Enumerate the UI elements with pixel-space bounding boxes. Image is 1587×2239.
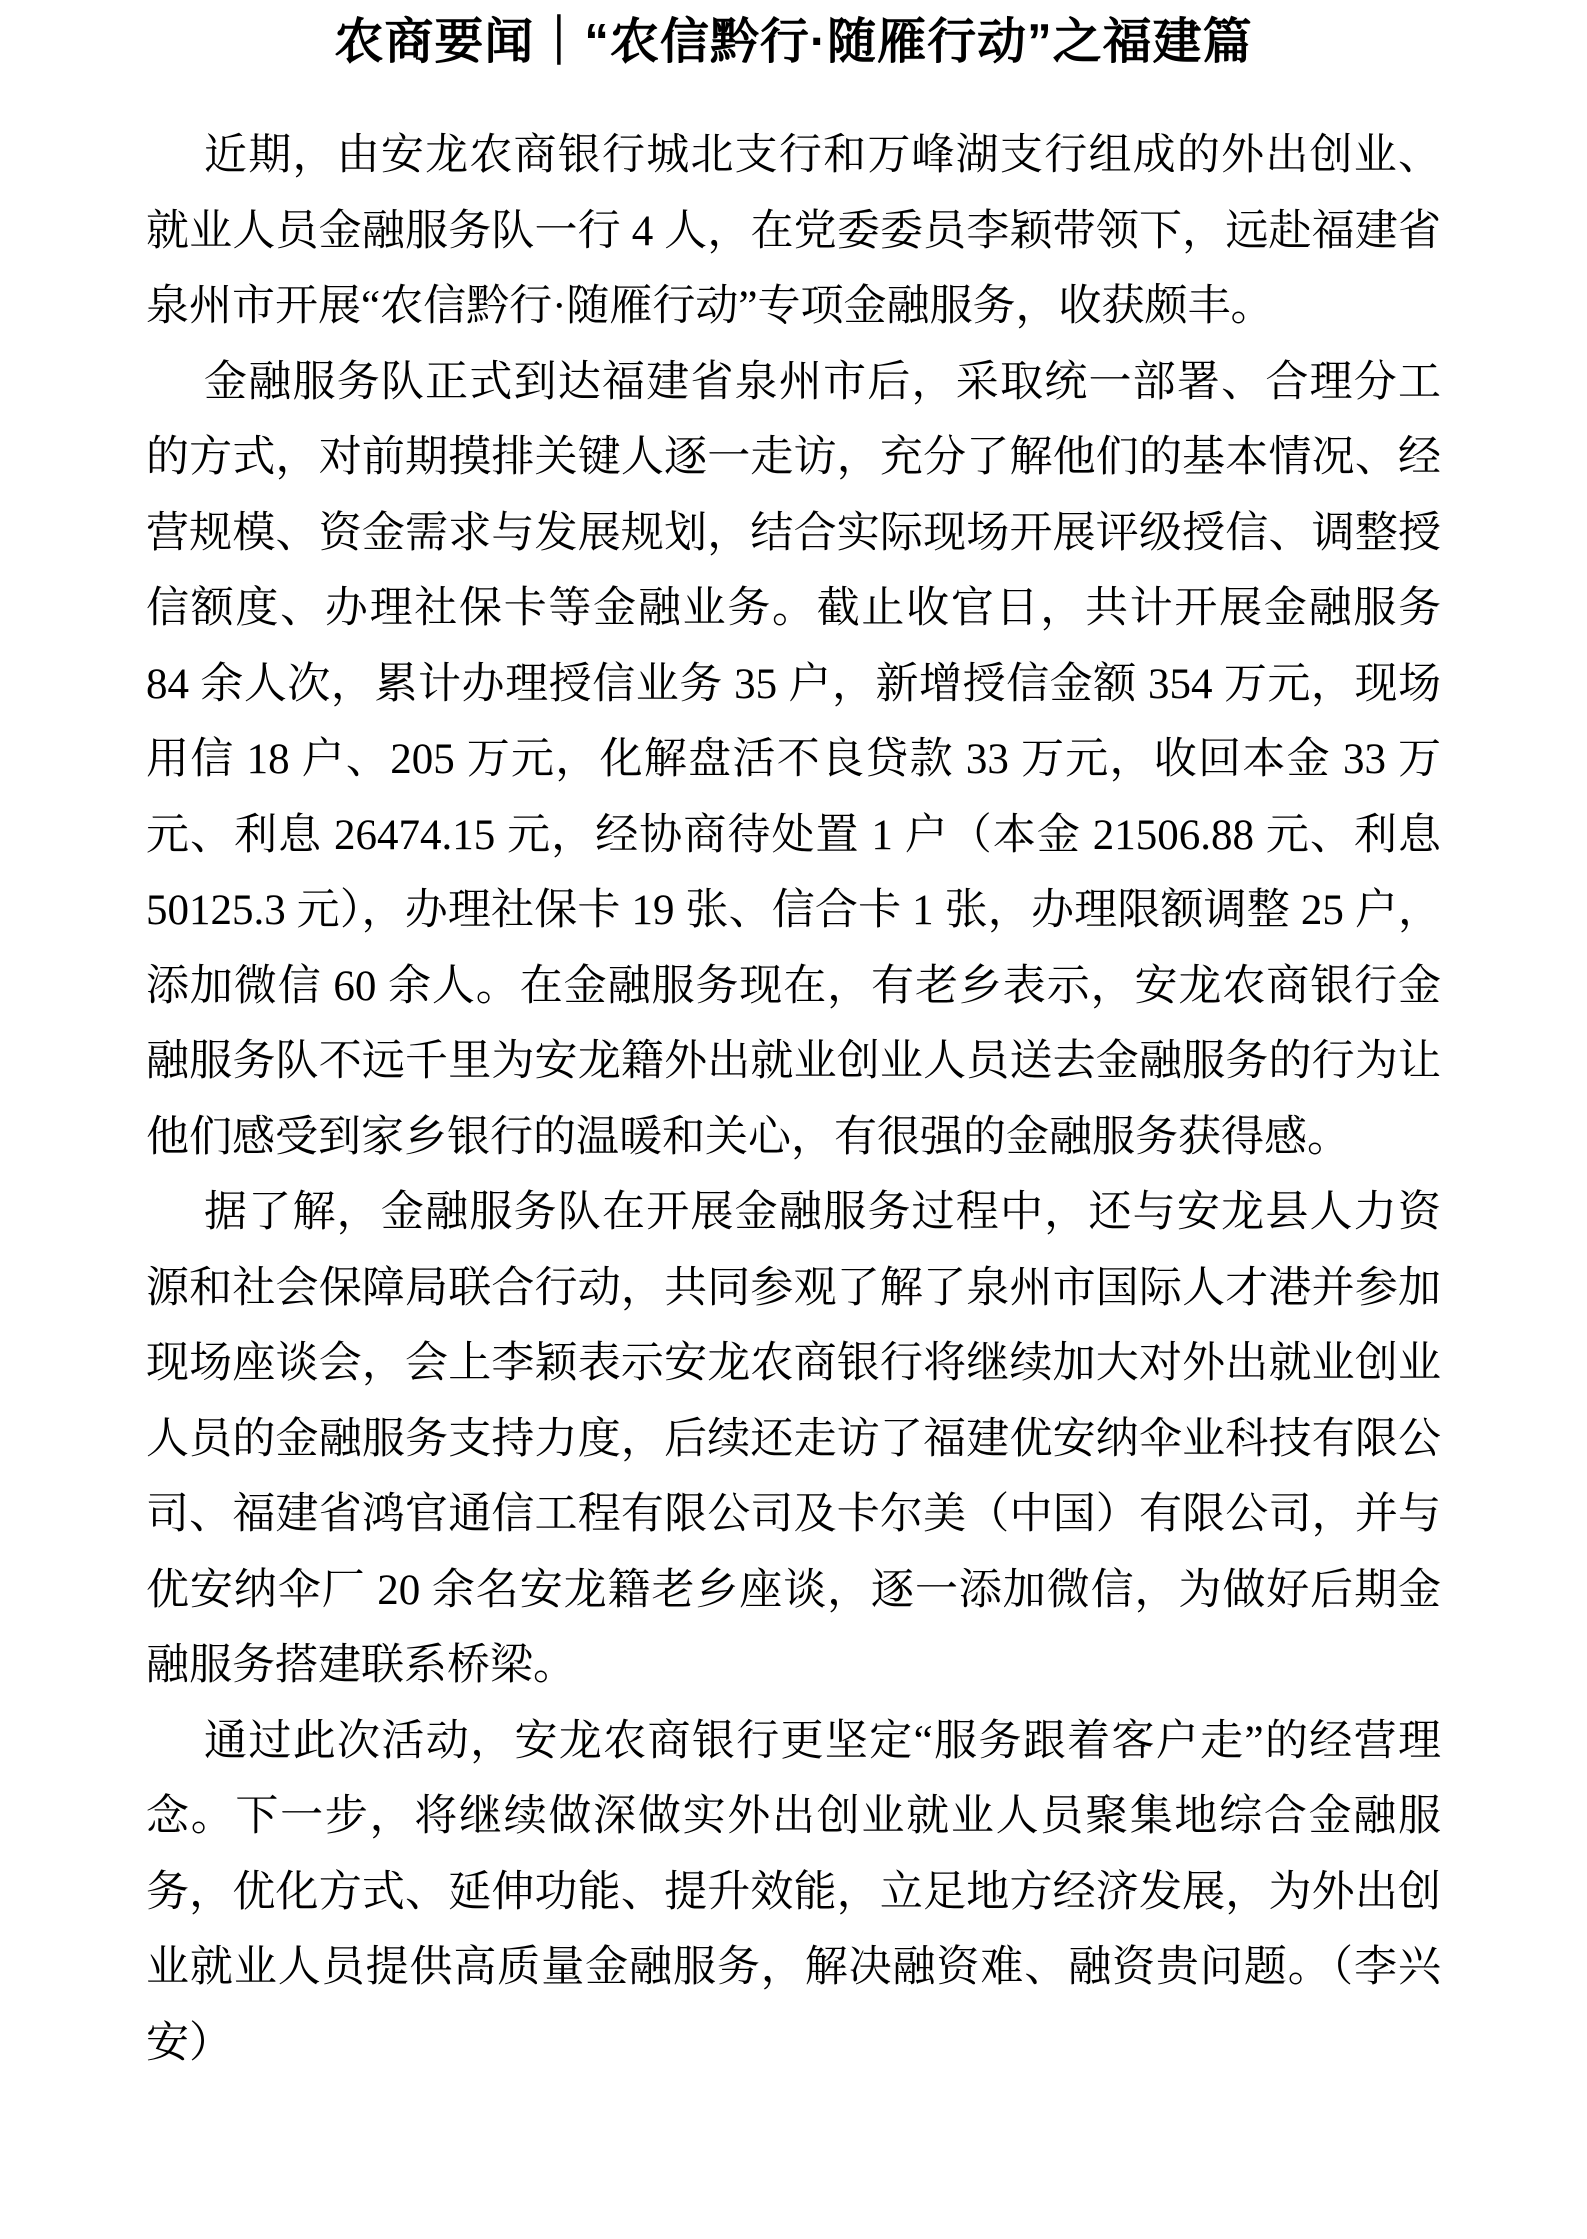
article-paragraph: 据了解，金融服务队在开展金融服务过程中，还与安龙县人力资源和社会保障局联合行动，… bbox=[146, 1175, 1441, 1704]
article-body: 近期，由安龙农商银行城北支行和万峰湖支行组成的外出创业、就业人员金融服务队一行 … bbox=[146, 118, 1441, 2081]
article-paragraph: 近期，由安龙农商银行城北支行和万峰湖支行组成的外出创业、就业人员金融服务队一行 … bbox=[146, 118, 1441, 345]
document-page: 农商要闻｜“农信黔行·随雁行动”之福建篇 近期，由安龙农商银行城北支行和万峰湖支… bbox=[0, 0, 1587, 2239]
article-paragraph: 通过此次活动，安龙农商银行更坚定“服务跟着客户走”的经营理念。下一步，将继续做深… bbox=[146, 1704, 1441, 2082]
article-title: 农商要闻｜“农信黔行·随雁行动”之福建篇 bbox=[146, 12, 1441, 72]
article-paragraph: 金融服务队正式到达福建省泉州市后，采取统一部署、合理分工的方式，对前期摸排关键人… bbox=[146, 345, 1441, 1176]
